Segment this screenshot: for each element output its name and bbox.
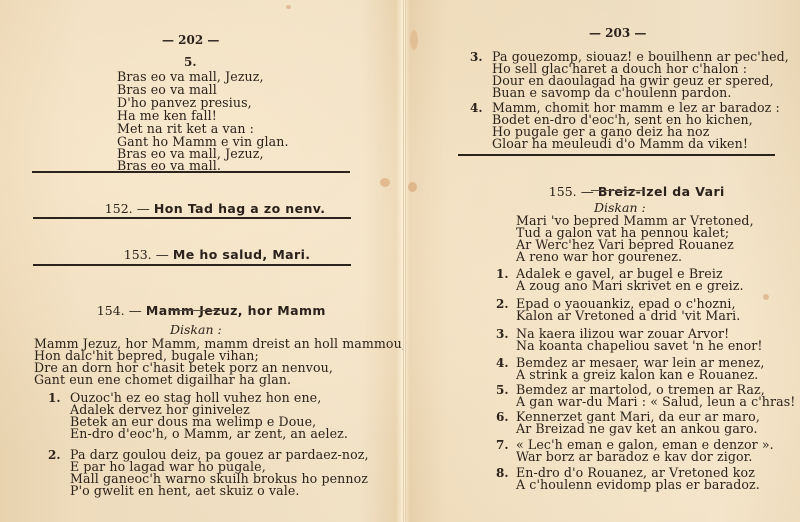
verse-line: A zoug ano Mari skrivet en e greiz. <box>516 279 744 292</box>
verse-line: Kalon ar Vretoned a drid 'vit Mari. <box>516 309 740 322</box>
verse-line: Na koanta chapeliou savet 'n he enor! <box>516 339 763 352</box>
verse-line: War borz ar baradoz e kav dor zigor. <box>516 450 753 463</box>
book-spread: — 202 — 5. Bras eo va mall, Jezuz, Bras … <box>0 0 800 522</box>
hymn-number: 154. <box>97 303 125 318</box>
title-underline <box>168 310 222 311</box>
left-page: — 202 — 5. Bras eo va mall, Jezuz, Bras … <box>0 0 403 522</box>
verse-line: A strink a greiz kalon kan e Rouanez. <box>516 368 758 381</box>
verse-number: 5. <box>184 55 197 69</box>
verse-number: 3. <box>496 327 509 341</box>
section-rule <box>32 171 350 173</box>
section-rule <box>458 154 775 156</box>
title-dash: — <box>581 185 594 200</box>
hymn-number: 155. <box>549 184 577 199</box>
verse-line: Buan e savomp da c'houlenn pardon. <box>492 86 731 99</box>
verse-number: 8. <box>496 466 509 480</box>
hymn-number: 153. <box>124 247 152 262</box>
verse-line: A c'houlenn evidomp plas er baradoz. <box>516 478 760 491</box>
verse-line: Gloar ha meuleudi d'o Mamm da viken! <box>492 137 748 150</box>
chorus-line: Gant eun ene chomet digailhar ha glan. <box>34 373 291 386</box>
verse-number: 1. <box>496 267 509 281</box>
verse-number: 6. <box>496 410 509 424</box>
title-underline <box>591 190 645 191</box>
hymn-title-152: 152. — Hon Tad hag a zo nenv. <box>80 186 325 232</box>
verse-number: 3. <box>470 50 483 64</box>
verse-number: 7. <box>496 438 509 452</box>
page-number: — 202 — <box>162 33 219 47</box>
verse-line: En-dro d'eoc'h, o Mamm, ar zent, an aele… <box>70 427 348 440</box>
verse-number: 5. <box>496 383 509 397</box>
page-number: — 203 — <box>589 26 646 40</box>
title-dash: — <box>129 304 142 319</box>
section-rule <box>33 264 351 266</box>
hymn-name: Me ho salud, Mari. <box>173 247 311 262</box>
verse-number: 2. <box>48 448 61 462</box>
verse-line: P'o gwelit en hent, aet skuiz o vale. <box>70 484 300 497</box>
chorus-label: Diskan : <box>170 322 222 337</box>
hymn-name: Hon Tad hag a zo nenv. <box>154 201 326 216</box>
title-dash: — <box>156 248 169 263</box>
hymn-title-153: 153. — Me ho salud, Mari. <box>99 232 310 278</box>
verse-number: 4. <box>496 356 509 370</box>
verse-line: Ar Breizad ne gav ket an ankou garo. <box>516 422 758 435</box>
verse-line: A gan war-du Mari : « Salud, leun a c'hr… <box>516 395 800 408</box>
verse-number: 2. <box>496 297 509 311</box>
chorus-line: A reno war hor gourenez. <box>516 250 682 263</box>
verse-number: 1. <box>48 391 61 405</box>
title-dash: — <box>137 202 150 217</box>
hymn-number: 152. <box>105 201 133 216</box>
verse-number: 4. <box>470 101 483 115</box>
section-rule <box>33 217 351 219</box>
right-page: — 203 — 3. Pa gouezomp, siouaz! e bouilh… <box>406 0 800 522</box>
hymn-name: Breiz-Izel da Vari <box>598 184 725 199</box>
